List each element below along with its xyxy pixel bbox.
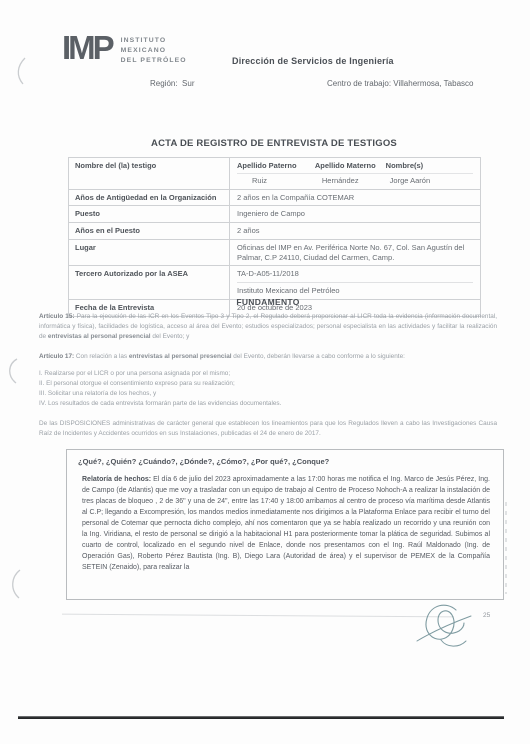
col-nombres: Nombre(s) xyxy=(386,158,473,174)
lugar-label: Lugar xyxy=(69,239,230,266)
list-item: III. Solicitar una relatoría de los hech… xyxy=(39,389,497,399)
list-item: II. El personal otorgue el consentimient… xyxy=(39,379,497,389)
bottom-rule xyxy=(18,716,504,719)
table-row-antiguedad: Años de Antigüedad en la Organización 2 … xyxy=(69,189,481,206)
tercero-institucion: Instituto Mexicano del Petróleo xyxy=(237,283,473,296)
articulo-15: Artículo 15: Para la ejecución de las IC… xyxy=(39,312,497,342)
articulo-15-text-b: del Evento; y xyxy=(151,333,190,340)
name-subgrid: Apellido Paterno Apellido Materno Nombre… xyxy=(237,158,473,189)
tercero-value: TA-D-A05-11/2018 Instituto Mexicano del … xyxy=(230,266,481,300)
list-item: IV. Los resultados de cada entrevista fo… xyxy=(39,399,497,409)
value-nombres: Jorge Aarón xyxy=(386,174,473,189)
table-row-name: Nombre del (la) testigo Apellido Paterno… xyxy=(69,158,481,190)
puesto-value: Ingeniero de Campo xyxy=(230,206,481,223)
table-row-lugar: Lugar Oficinas del IMP en Av. Periférica… xyxy=(69,239,481,266)
document-page: IMP INSTITUTO MEXICANO DEL PETRÓLEO Dire… xyxy=(0,0,530,744)
fundamento-heading: FUNDAMENTO xyxy=(39,297,497,307)
scan-mark-bottom xyxy=(7,568,23,600)
articulo-15-bold: entrevistas al personal presencial xyxy=(48,333,151,340)
direction-title: Dirección de Servicios de Ingeniería xyxy=(232,56,394,66)
col-apellido-paterno: Apellido Paterno xyxy=(237,158,315,174)
fundamento-section: FUNDAMENTO Artículo 15: Para la ejecució… xyxy=(39,297,497,439)
articulo-15-label: Artículo 15: xyxy=(39,313,75,320)
imp-logo-text: INSTITUTO MEXICANO DEL PETRÓLEO xyxy=(121,33,187,67)
puesto-label: Puesto xyxy=(69,206,230,223)
table-row-tercero: Tercero Autorizado por la ASEA TA-D-A05-… xyxy=(69,266,481,300)
disposiciones-paragraph: De las DISPOSICIONES administrativas de … xyxy=(39,419,497,439)
antiguedad-value: 2 años en la Compañía COTEMAR xyxy=(230,189,481,206)
region-value: Sur xyxy=(182,79,194,88)
col-apellido-materno: Apellido Materno xyxy=(315,158,386,174)
logo-line-1: INSTITUTO xyxy=(121,36,187,46)
imp-logo-acronym: IMP xyxy=(62,33,112,63)
scan-artifact-right xyxy=(505,502,507,594)
workcenter-label: Centro de trabajo: xyxy=(327,79,391,88)
list-item: I. Realizarse por el LICR o por una pers… xyxy=(39,369,497,379)
antiguedad-label: Años de Antigüedad en la Organización xyxy=(69,189,230,206)
region-field: Región: Sur xyxy=(150,79,194,88)
name-label: Nombre del (la) testigo xyxy=(69,158,230,190)
imp-logo: IMP INSTITUTO MEXICANO DEL PETRÓLEO xyxy=(62,33,187,67)
signature-stroke-loop xyxy=(426,605,464,639)
workcenter-value: Villahermosa, Tabasco xyxy=(393,79,473,88)
signature-mark xyxy=(412,596,476,656)
workcenter-field: Centro de trabajo: Villahermosa, Tabasco xyxy=(327,79,473,88)
articulo-17-list: I. Realizarse por el LICR o por una pers… xyxy=(39,369,497,410)
value-apellido-materno: Hernández xyxy=(315,174,386,189)
articulo-17-text-b: del Evento, deberán llevarse a cabo conf… xyxy=(232,353,405,360)
anos-puesto-value: 2 años xyxy=(230,223,481,240)
page-number: 25 xyxy=(483,612,490,619)
tercero-label: Tercero Autorizado por la ASEA xyxy=(69,266,230,300)
interview-box: ¿Qué?, ¿Quién? ¿Cuándo?, ¿Dónde?, ¿Cómo?… xyxy=(66,449,504,600)
articulo-17-text-a: Con relación a las xyxy=(74,353,129,360)
tercero-clave: TA-D-A05-11/2018 xyxy=(237,269,473,283)
value-apellido-paterno: Ruiz xyxy=(237,174,315,189)
logo-line-2: MEXICANO xyxy=(121,46,187,56)
questions-heading: ¿Qué?, ¿Quién? ¿Cuándo?, ¿Dónde?, ¿Cómo?… xyxy=(67,450,503,466)
articulo-17-bold: entrevistas al personal presencial xyxy=(129,353,232,360)
scan-mark-middle xyxy=(4,356,20,386)
relatoria-label: Relatoría de hechos: xyxy=(82,476,151,483)
anos-puesto-label: Años en el Puesto xyxy=(69,223,230,240)
scan-fold-line xyxy=(62,614,454,618)
relatoria-paragraph: Relatoría de hechos: El día 6 de julio d… xyxy=(82,475,490,574)
region-label: Región: xyxy=(150,79,178,88)
lugar-value: Oficinas del IMP en Av. Periférica Norte… xyxy=(230,239,481,266)
articulo-17-label: Artículo 17: xyxy=(39,353,74,360)
articulo-17: Artículo 17: Con relación a las entrevis… xyxy=(39,352,497,362)
table-row-anos-puesto: Años en el Puesto 2 años xyxy=(69,223,481,240)
witness-table: Nombre del (la) testigo Apellido Paterno… xyxy=(68,157,481,317)
relatoria-text: El día 6 de julio del 2023 aproximadamen… xyxy=(82,476,490,571)
logo-line-3: DEL PETRÓLEO xyxy=(121,56,187,66)
page-title: ACTA DE REGISTRO DE ENTREVISTA DE TESTIG… xyxy=(68,138,480,149)
scan-mark-top xyxy=(12,56,28,86)
table-row-puesto: Puesto Ingeniero de Campo xyxy=(69,206,481,223)
